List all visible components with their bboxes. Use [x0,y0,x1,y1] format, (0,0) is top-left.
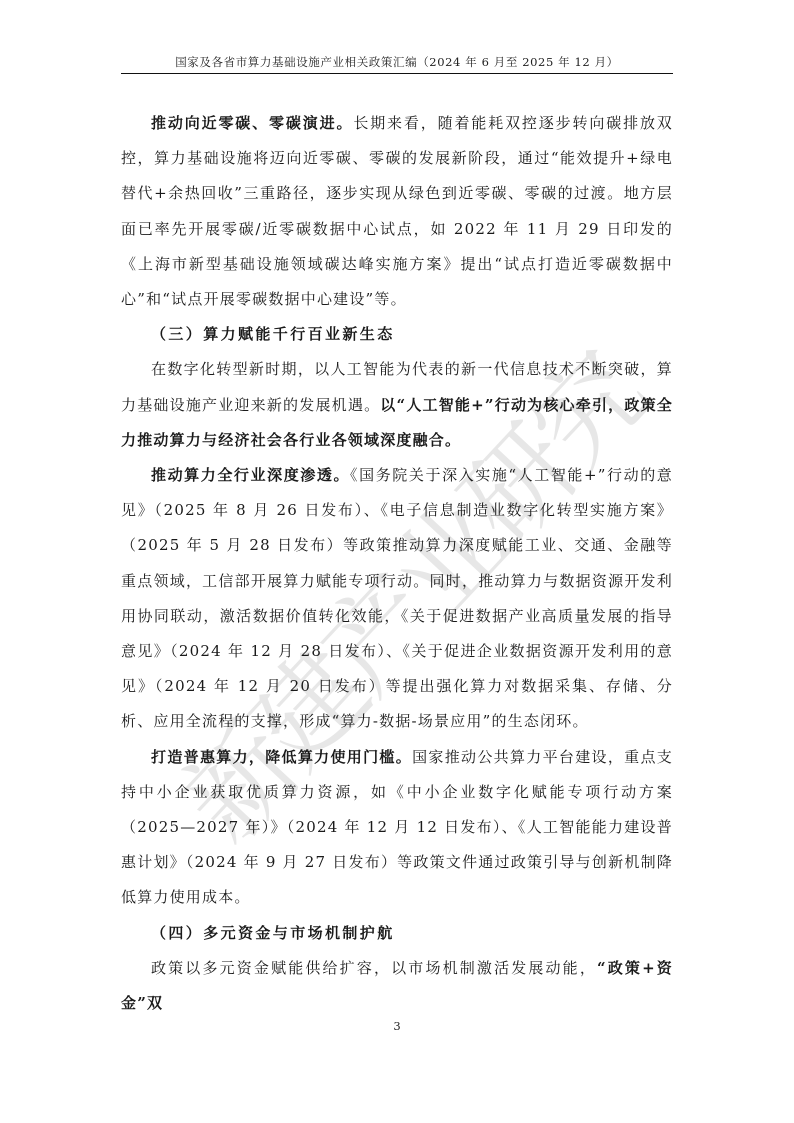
paragraph-text: 《国务院关于深入实施“人工智能+”行动的意见》（2025 年 8 月 26 日发… [121,466,673,730]
document-page: 新建产业研究 国家及各省市算力基础设施产业相关政策汇编（2024 年 6 月至 … [0,0,794,1123]
paragraph-digital-transformation: 在数字化转型新时期，以人工智能为代表的新一代信息技术不断突破，算力基础设施产业迎… [121,352,673,458]
paragraph-lead: 打造普惠算力，降低算力使用门槛。 [151,748,412,766]
paragraph-lead: 推动算力全行业深度渗透。 [151,466,350,484]
paragraph-text: 国家推动公共算力平台建设，重点支持中小企业获取优质算力资源，如《中小企业数字化赋… [121,748,673,907]
paragraph-text: 长期来看，随着能耗双控逐步转向碳排放双控，算力基础设施将迈向近零碳、零碳的发展新… [121,114,673,308]
paragraph-inclusive-computing: 打造普惠算力，降低算力使用门槛。国家推动公共算力平台建设，重点支持中小企业获取优… [121,740,673,916]
page-number: 3 [0,1019,794,1033]
paragraph-industry-penetration: 推动算力全行业深度渗透。《国务院关于深入实施“人工智能+”行动的意见》（2025… [121,458,673,740]
running-header: 国家及各省市算力基础设施产业相关政策汇编（2024 年 6 月至 2025 年 … [121,54,673,70]
section-heading-4: （四）多元资金与市场机制护航 [121,916,673,951]
header-rule [121,73,673,74]
paragraph-funding: 政策以多元资金赋能供给扩容，以市场机制激活发展动能，“政策+资金”双 [121,951,673,1021]
paragraph-lead: 推动向近零碳、零碳演进。 [151,114,353,132]
paragraph-near-zero-carbon: 推动向近零碳、零碳演进。长期来看，随着能耗双控逐步转向碳排放双控，算力基础设施将… [121,106,673,317]
paragraph-text: 政策以多元资金赋能供给扩容，以市场机制激活发展动能， [151,959,597,977]
section-heading-3: （三）算力赋能千行百业新生态 [121,317,673,352]
document-body: 推动向近零碳、零碳演进。长期来看，随着能耗双控逐步转向碳排放双控，算力基础设施将… [121,106,673,1021]
